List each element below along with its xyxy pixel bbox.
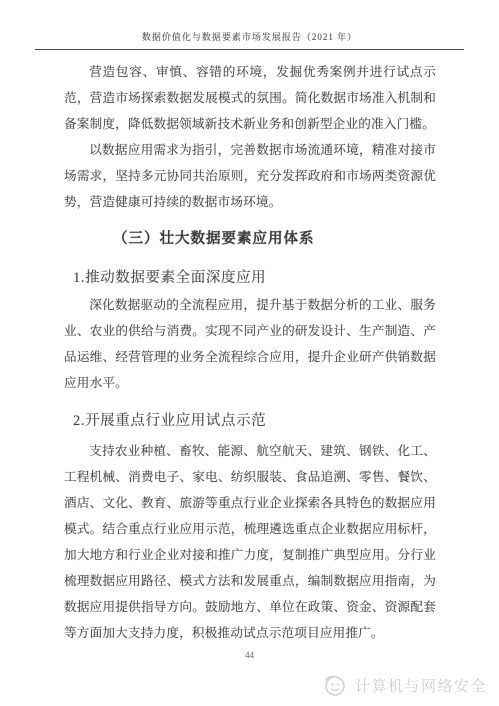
- running-header: 数据价值化与数据要素市场发展报告（2021 年）: [35, 0, 464, 50]
- paragraph-deepen-application: 深化数据驱动的全流程应用，提升基于数据分析的工业、服务业、农业的供给与消费。实现…: [64, 292, 436, 396]
- paragraph-data-demand: 以数据应用需求为指引，完善数据市场流通环境，精准对接市场需求，坚持多元协同共治原…: [64, 137, 436, 215]
- document-page: 数据价值化与数据要素市场发展报告（2021 年） 营造包容、审慎、容错的环境，发…: [0, 0, 499, 706]
- sub-heading-1: 1.推动数据要素全面深度应用: [64, 265, 436, 291]
- page-number: 44: [0, 650, 499, 660]
- report-title: 数据价值化与数据要素市场发展报告（2021 年）: [142, 30, 357, 49]
- section-heading-3: （三）壮大数据要素应用体系: [64, 226, 436, 252]
- brand-name: 计算机与网络安全: [355, 675, 487, 696]
- body-column: 营造包容、审慎、容错的环境，发掘优秀案例并进行试点示范，营造市场探索数据发展模式…: [64, 50, 436, 646]
- footer-brand: 计算机与网络安全: [322, 672, 487, 698]
- paragraph-market-environment: 营造包容、审慎、容错的环境，发掘优秀案例并进行试点示范，营造市场探索数据发展模式…: [64, 59, 436, 137]
- sub-heading-2: 2.开展重点行业应用试点示范: [64, 408, 436, 434]
- paragraph-industry-pilot: 支持农业种植、畜牧、能源、航空航天、建筑、钢铁、化工、工程机械、消费电子、家电、…: [64, 438, 436, 646]
- smiley-face-logo-icon: [322, 672, 348, 698]
